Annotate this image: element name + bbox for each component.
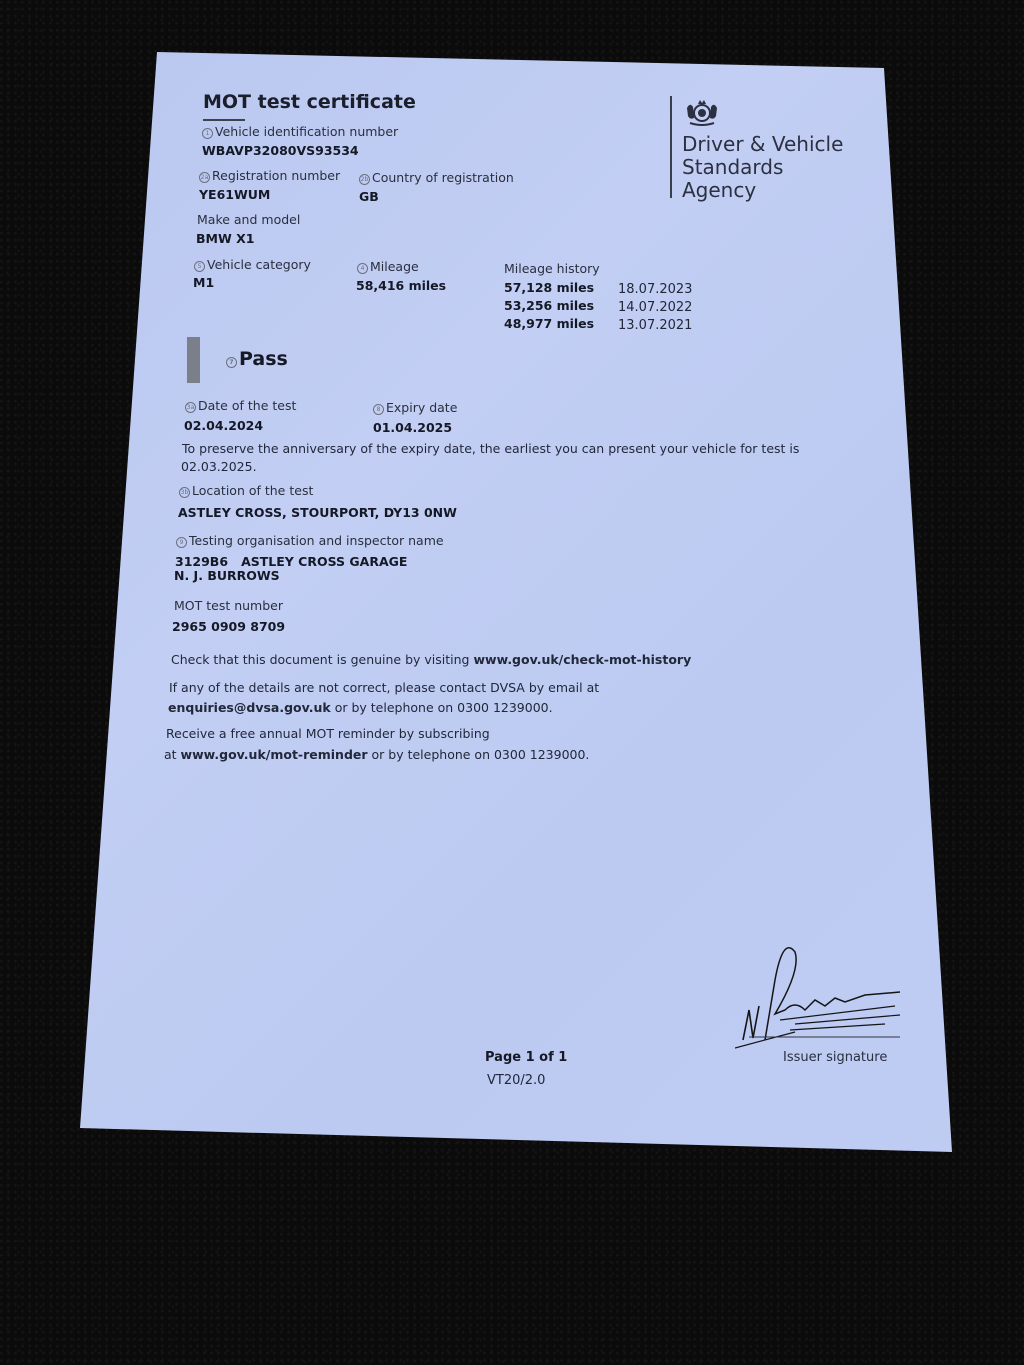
field-number-icon: 9 <box>176 537 187 548</box>
vin-label: 1Vehicle identification number <box>202 124 398 139</box>
test-date-label: 3aDate of the test <box>185 398 296 413</box>
field-number-icon: 7 <box>226 357 237 368</box>
reminder-note-line2: at www.gov.uk/mot-reminder or by telepho… <box>164 747 589 762</box>
royal-coat-of-arms-icon <box>682 96 722 128</box>
agency-name: Driver & Vehicle Standards Agency <box>682 133 843 202</box>
inspector-name: N. J. BURROWS <box>174 568 280 583</box>
agency-divider <box>670 96 672 198</box>
vehicle-category-label: 5Vehicle category <box>194 257 311 272</box>
contact-note-line1: If any of the details are not correct, p… <box>169 680 599 695</box>
field-number-icon: 3b <box>179 487 190 498</box>
field-number-icon: 5 <box>194 261 205 272</box>
vehicle-category-value: M1 <box>193 275 214 290</box>
make-model-value: BMW X1 <box>196 231 254 246</box>
mileage-label: 4Mileage <box>357 259 419 274</box>
document-title: MOT test certificate <box>203 91 416 113</box>
registration-label: 2aRegistration number <box>199 168 340 183</box>
issuer-signature-icon <box>735 940 905 1055</box>
test-date-value: 02.04.2024 <box>184 418 263 433</box>
field-number-icon: 2a <box>199 172 210 183</box>
anniversary-note-date: 02.03.2025. <box>181 459 257 474</box>
test-number-value: 2965 0909 8709 <box>172 619 285 634</box>
mot-reminder-link[interactable]: www.gov.uk/mot-reminder <box>181 747 368 762</box>
contact-email-link[interactable]: enquiries@dvsa.gov.uk <box>168 700 331 715</box>
issuer-signature-label: Issuer signature <box>783 1050 887 1065</box>
country-value: GB <box>359 189 379 204</box>
field-number-icon: 4 <box>357 263 368 274</box>
country-label: 2bCountry of registration <box>359 170 514 185</box>
mileage-history-miles: 48,977 miles <box>504 316 594 331</box>
mileage-history-date: 18.07.2023 <box>618 282 692 297</box>
result-marker-bar <box>187 337 200 383</box>
expiry-date-value: 01.04.2025 <box>373 420 452 435</box>
reminder-note-line1: Receive a free annual MOT reminder by su… <box>166 726 490 741</box>
mileage-history-label: Mileage history <box>504 261 600 276</box>
field-number-icon: 2b <box>359 174 370 185</box>
verification-note: Check that this document is genuine by v… <box>171 652 691 667</box>
expiry-date-label: 8Expiry date <box>373 400 457 415</box>
check-mot-history-link[interactable]: www.gov.uk/check-mot-history <box>473 652 691 667</box>
anniversary-note: To preserve the anniversary of the expir… <box>182 441 799 456</box>
location-value: ASTLEY CROSS, STOURPORT, DY13 0NW <box>178 505 457 520</box>
field-number-icon: 1 <box>202 128 213 139</box>
mileage-history-date: 13.07.2021 <box>618 318 692 333</box>
testing-org-name: 3129B6 ASTLEY CROSS GARAGE <box>175 554 407 569</box>
contact-note-line2: enquiries@dvsa.gov.uk or by telephone on… <box>168 700 553 715</box>
test-number-label: MOT test number <box>174 598 283 613</box>
registration-value: YE61WUM <box>199 187 270 202</box>
vin-value: WBAVP32080VS93534 <box>202 143 359 158</box>
mileage-history-date: 14.07.2022 <box>618 300 692 315</box>
title-underline <box>203 119 245 121</box>
location-label: 3bLocation of the test <box>179 483 313 498</box>
test-result: 7Pass <box>226 348 288 370</box>
page-number: Page 1 of 1 <box>485 1050 567 1065</box>
mileage-history-miles: 57,128 miles <box>504 280 594 295</box>
form-code: VT20/2.0 <box>487 1073 545 1088</box>
field-number-icon: 8 <box>373 404 384 415</box>
field-number-icon: 3a <box>185 402 196 413</box>
make-model-label: Make and model <box>197 212 300 227</box>
mileage-value: 58,416 miles <box>356 278 446 293</box>
testing-org-label: 9Testing organisation and inspector name <box>176 533 444 548</box>
certificate: MOT test certificate Driver & Vehicle St… <box>0 0 1024 1365</box>
mileage-history-miles: 53,256 miles <box>504 298 594 313</box>
